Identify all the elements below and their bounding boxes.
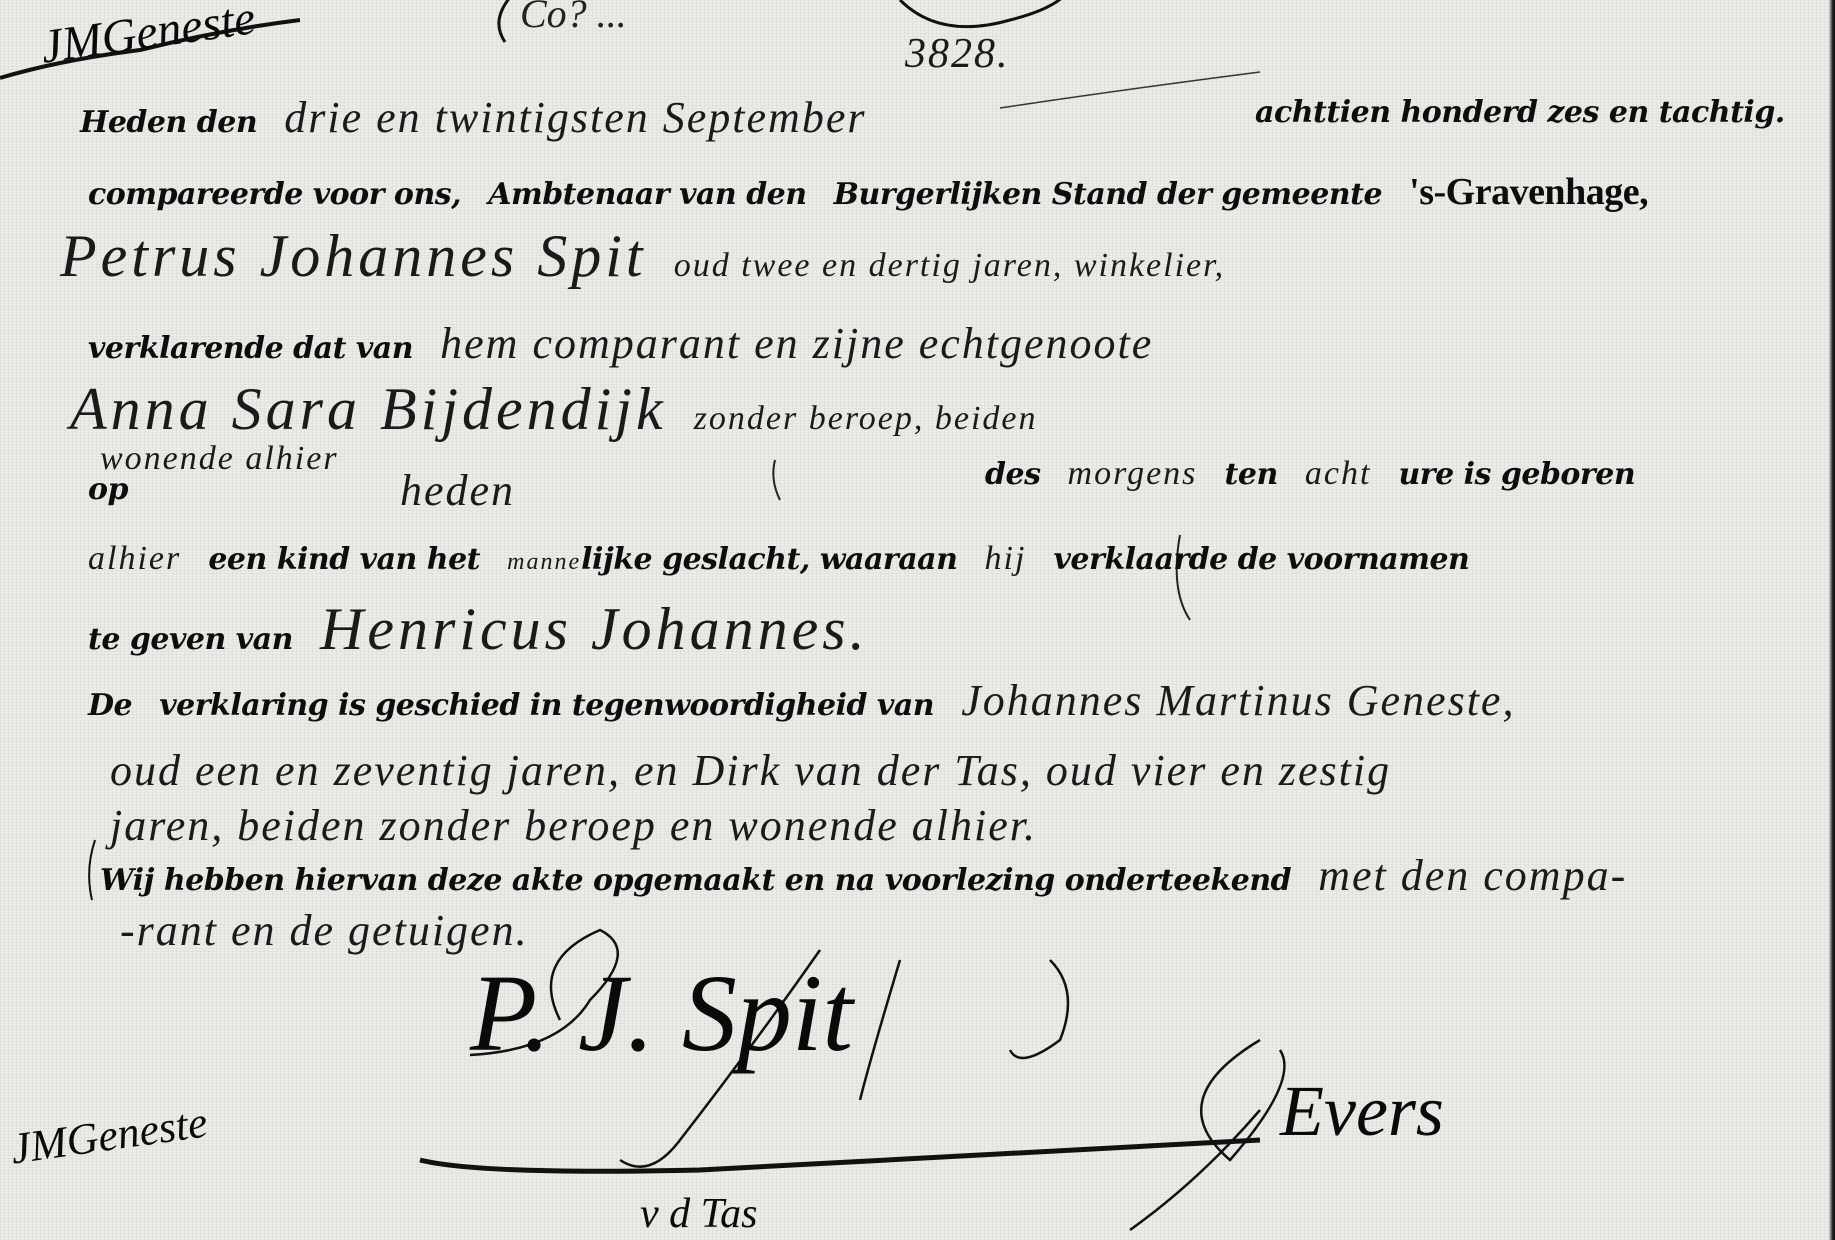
printed-text: een kind van het: [208, 542, 480, 577]
printed-text: ure is geboren: [1399, 457, 1636, 492]
printed-text: op: [88, 472, 128, 507]
mother-line: Anna Sara Bijdendijk zonder beroep, beid…: [70, 375, 1038, 444]
handwritten-day: heden: [400, 465, 515, 516]
mother-details: zonder beroep, beiden: [694, 400, 1038, 437]
printed-text: ten: [1225, 457, 1278, 492]
handwritten-text: morgens: [1068, 455, 1198, 492]
printed-text: verklaarde de voornamen: [1054, 542, 1470, 577]
witness-occupation: jaren, beiden zonder beroep en wonende a…: [110, 800, 1037, 851]
father-details: oud twee en dertig jaren, winkelier,: [674, 247, 1225, 284]
father-signature: P. J. Spit: [470, 950, 853, 1077]
birth-time-line: des morgens ten acht ure is geboren: [985, 455, 1635, 493]
printed-text: te geven van: [88, 622, 293, 657]
printed-text: verklaring is geschied in tegenwoordighe…: [159, 688, 934, 723]
witness-vdtas-signature: v d Tas: [640, 1190, 758, 1238]
appeared-line: compareerde voor ons, Ambtenaar van den …: [88, 170, 1648, 214]
printed-text: des: [985, 457, 1040, 492]
handwritten-text: hij: [985, 540, 1027, 577]
date-line: Heden den drie en twintigsten September: [80, 92, 866, 143]
father-line: Petrus Johannes Spit oud twee en dertig …: [60, 222, 1225, 291]
handwritten-text: acht: [1305, 455, 1372, 492]
closing-line: Wij hebben hiervan deze akte opgemaakt e…: [100, 850, 1627, 901]
top-scribble: Co? ...: [520, 0, 627, 37]
printed-text: compareerde voor ons,: [88, 177, 461, 212]
declaring-line: verklarende dat van hem comparant en zij…: [88, 318, 1153, 369]
father-name: Petrus Johannes Spit: [60, 223, 647, 289]
printed-text: De: [88, 688, 132, 723]
printed-text: Burgerlijken Stand der gemeente: [834, 177, 1382, 212]
given-names-line: te geven van Henricus Johannes.: [88, 595, 869, 664]
witness-ages: oud een en zeventig jaren, en Dirk van d…: [110, 745, 1391, 796]
printed-text: Ambtenaar van den: [488, 177, 806, 212]
handwritten-date: drie en twintigsten September: [284, 93, 866, 142]
handwritten-text: alhier: [88, 540, 181, 577]
municipality-name: 's-Gravenhage,: [1409, 171, 1648, 213]
official-signature: Evers: [1280, 1070, 1444, 1153]
akte-number: 3828.: [905, 30, 1010, 78]
witness-name: Johannes Martinus Geneste,: [961, 676, 1515, 725]
witnesses-line: De verklaring is geschied in tegenwoordi…: [88, 675, 1515, 726]
handwritten-text: hem comparant en zijne echtgenoote: [440, 319, 1153, 368]
printed-text: verklarende dat van: [88, 331, 413, 366]
printed-year: achttien honderd zes en tachtig.: [1255, 95, 1785, 130]
child-name: Henricus Johannes.: [320, 596, 869, 662]
handwritten-text: met den compa-: [1318, 851, 1627, 900]
residing-text: wonende alhier: [100, 440, 339, 478]
printed-text: lijke geslacht, waaraan: [581, 542, 957, 577]
mother-name: Anna Sara Bijdendijk: [70, 376, 667, 442]
printed-text: Heden den: [80, 105, 257, 140]
handwritten-text: manne: [507, 549, 581, 575]
printed-text: Wij hebben hiervan deze akte opgemaakt e…: [100, 863, 1291, 898]
closing-continued: -rant en de getuigen.: [120, 905, 529, 956]
child-line: alhier een kind van het mannelijke gesla…: [88, 540, 1469, 578]
